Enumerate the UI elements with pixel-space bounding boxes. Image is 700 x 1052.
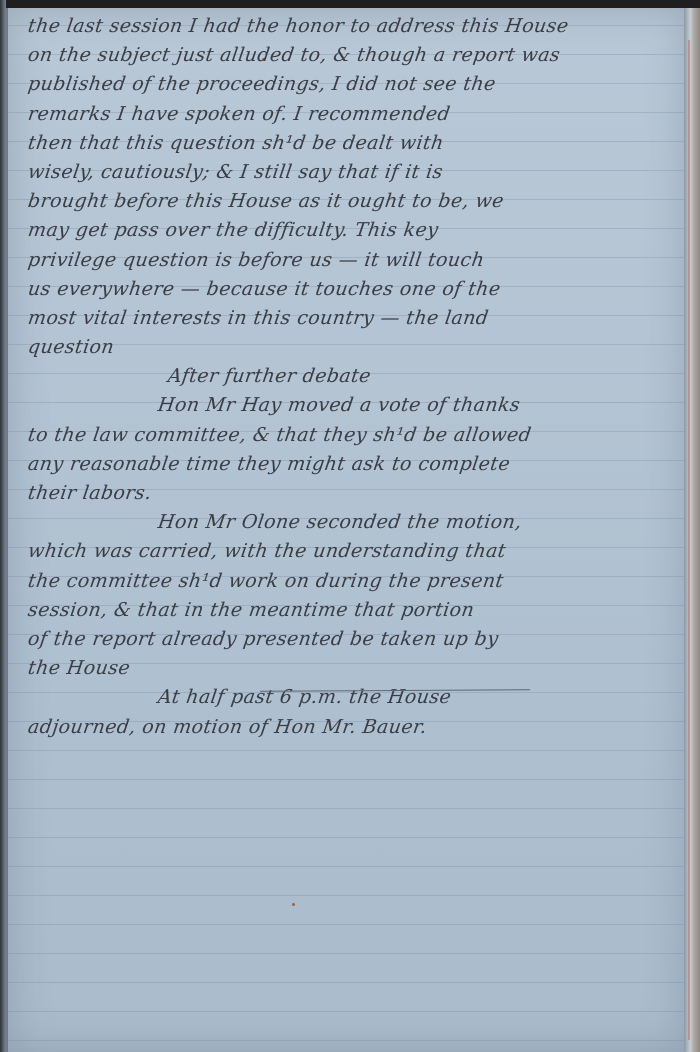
text-line: of the report already presented be taken… bbox=[26, 625, 686, 654]
text-line: which was carried, with the understandin… bbox=[26, 537, 686, 566]
text-line: their labors. bbox=[26, 479, 686, 508]
red-page-edge bbox=[688, 40, 690, 1040]
text-line: the committee sh¹d work on during the pr… bbox=[26, 567, 686, 596]
text-line: adjourned, on motion of Hon Mr. Bauer. bbox=[26, 713, 686, 742]
section-heading: After further debate bbox=[26, 362, 686, 391]
text-line: published of the proceedings, I did not … bbox=[26, 70, 686, 99]
text-line: then that this question sh¹d be dealt wi… bbox=[26, 129, 686, 158]
paragraph-first-line: Hon Mr Olone seconded the motion, bbox=[26, 508, 686, 537]
manuscript-page: the last session I had the honor to addr… bbox=[6, 8, 686, 1052]
text-line: wisely, cautiously; & I still say that i… bbox=[26, 158, 686, 187]
text-line: the House bbox=[26, 654, 686, 683]
text-line: the last session I had the honor to addr… bbox=[26, 12, 686, 41]
handwritten-text: the last session I had the honor to addr… bbox=[26, 12, 686, 742]
text-line: any reasonable time they might ask to co… bbox=[26, 450, 686, 479]
text-line: remarks I have spoken of. I recommended bbox=[26, 100, 686, 129]
text-line: brought before this House as it ought to… bbox=[26, 187, 686, 216]
text-line: session, & that in the meantime that por… bbox=[26, 596, 686, 625]
ink-speck bbox=[292, 903, 295, 906]
text-line: privilege question is before us — it wil… bbox=[26, 246, 686, 275]
text-line: most vital interests in this country — t… bbox=[26, 304, 686, 333]
text-line: on the subject just alluded to, & though… bbox=[26, 41, 686, 70]
text-line: to the law committee, & that they sh¹d b… bbox=[26, 421, 686, 450]
page-stack-edge bbox=[684, 8, 700, 1052]
paragraph-first-line: Hon Mr Hay moved a vote of thanks bbox=[26, 391, 686, 420]
text-line: may get pass over the difficulty. This k… bbox=[26, 216, 686, 245]
paragraph-first-line: At half past 6 p.m. the House bbox=[26, 683, 686, 712]
text-line: us everywhere — because it touches one o… bbox=[26, 275, 686, 304]
text-line: question bbox=[26, 333, 686, 362]
